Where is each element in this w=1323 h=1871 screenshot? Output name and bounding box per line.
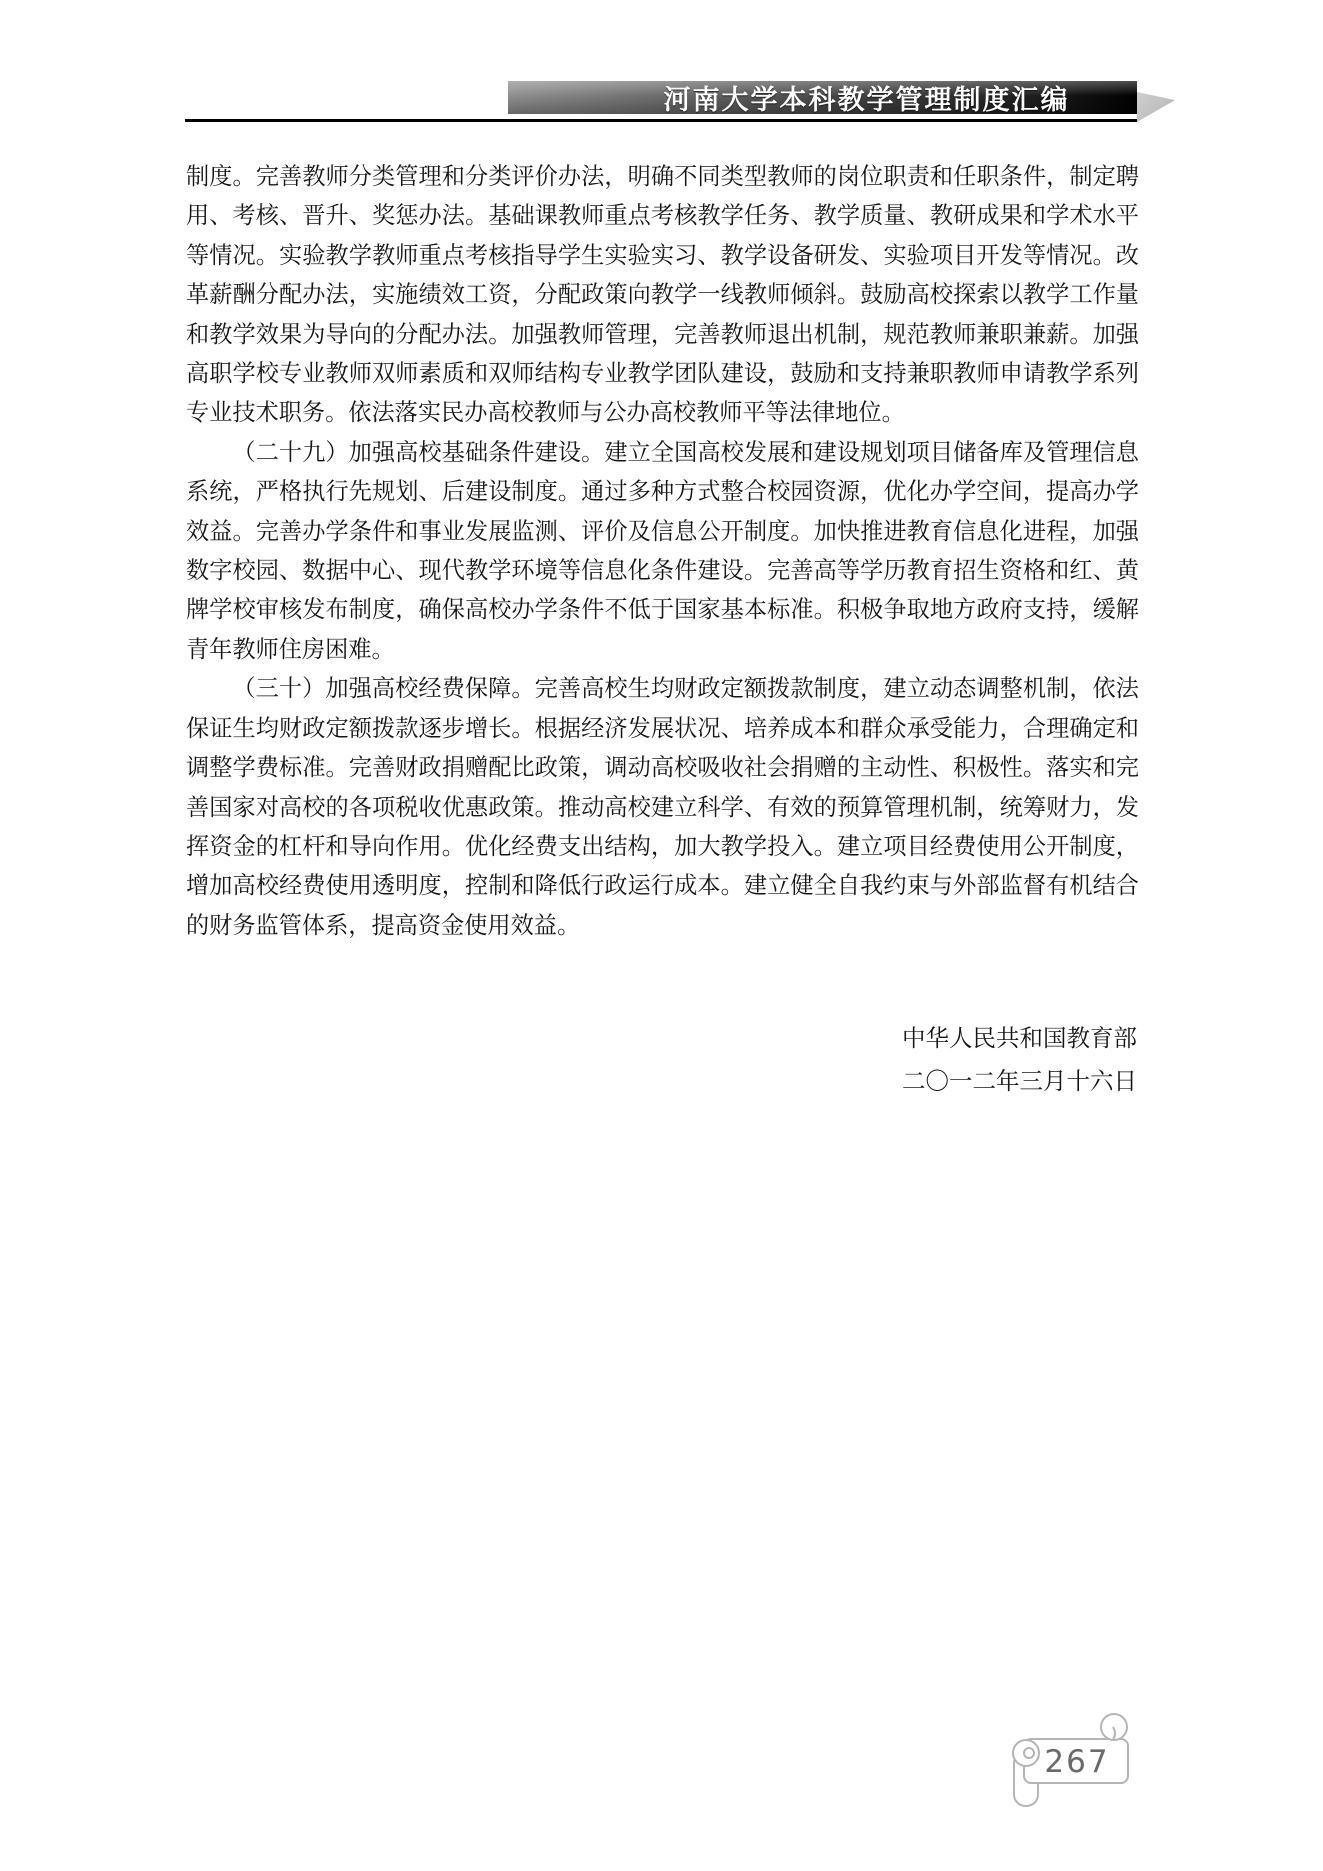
header-rule <box>185 119 1137 122</box>
header-banner: 河南大学本科教学管理制度汇编 <box>508 81 1137 114</box>
document-page: 河南大学本科教学管理制度汇编 制度。完善教师分类管理和分类评价办法，明确不同类型… <box>0 0 1323 1871</box>
paragraph: （二十九）加强高校基础条件建设。建立全国高校发展和建设规划项目储备库及管理信息系… <box>186 434 1139 670</box>
signature-block: 中华人民共和国教育部 二〇一二年三月十六日 <box>902 1018 1137 1104</box>
signature-date: 二〇一二年三月十六日 <box>902 1061 1137 1104</box>
signature-author: 中华人民共和国教育部 <box>902 1018 1137 1061</box>
header-corner-flag-icon <box>1137 92 1175 122</box>
header-title: 河南大学本科教学管理制度汇编 <box>576 78 1070 117</box>
page-number: 267 <box>1044 1744 1109 1780</box>
paragraph: 制度。完善教师分类管理和分类评价办法，明确不同类型教师的岗位职责和任职条件，制定… <box>186 158 1139 434</box>
page-number-scroll-icon: 267 <box>1000 1706 1135 1811</box>
document-body: 制度。完善教师分类管理和分类评价办法，明确不同类型教师的岗位职责和任职条件，制定… <box>186 158 1139 946</box>
paragraph: （三十）加强高校经费保障。完善高校生均财政定额拨款制度，建立动态调整机制，依法保… <box>186 670 1139 946</box>
